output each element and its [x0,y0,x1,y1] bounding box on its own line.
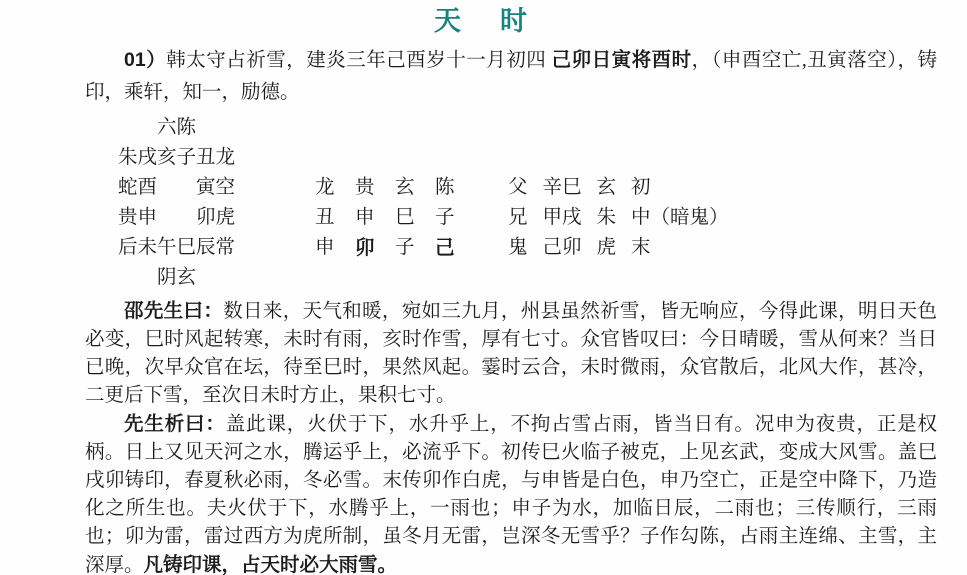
position-label: 初 [631,173,651,203]
chart-top-label: 六陈 [157,113,196,143]
speaker-lead-analysis: 先生析曰： [124,413,226,435]
lesson-cell: 玄 [395,173,435,203]
stem-branch: 甲戌 [543,203,582,233]
analysis-text: 盖此课，火伏于下，水升乎上，不拘占雪占雨，皆当日有。况申为夜贵，正是权柄。日上又… [85,414,937,575]
case-intro-text: 韩太守占祈雪，建炎三年己酉岁十一月初四 [166,50,551,71]
chart-bottom-label: 阴玄 [157,263,196,293]
relation-label: 父 [508,173,528,203]
position-label: 末 [631,233,651,263]
transmission-final-row: 鬼 己卯 虎 末 [508,233,651,263]
lesson-cell: 贵 [355,173,395,203]
document-page: 天 时 01）韩太守占祈雪，建炎三年己酉岁十一月初四 己卯日寅将酉时，（申酉空亡… [0,0,967,575]
stem-branch: 己卯 [543,233,582,263]
lesson-cell: 龙 [315,173,355,203]
lesson-cell: 子 [395,233,435,263]
heaven-plate-row: 贵申 卯虎 [118,203,315,233]
heaven-plate-row: 后未午巳辰常 [118,233,315,263]
transmission-initial-row: 父 辛巳 玄 初 [508,173,651,203]
relation-label: 兄 [508,203,528,233]
speaker-lead-shao: 邵先生曰： [124,300,223,322]
chart-top-label-row: 六陈 [157,113,937,143]
case-day-hour-bold: 己卯日寅将酉时 [552,49,692,71]
position-label: 中（暗鬼） [631,203,729,233]
stem-branch: 辛巳 [543,173,582,203]
general-label: 虎 [597,233,617,263]
transmission-middle-row: 兄 甲戌 朱 中（暗鬼） [508,203,729,233]
paragraph-case-01: 01）韩太守占祈雪，建炎三年己酉岁十一月初四 己卯日寅将酉时，（申酉空亡,丑寅落… [85,44,937,109]
lesson-cell: 申 [355,203,395,233]
chart-row-1: 蛇酉 寅空 龙 贵 玄 陈 父 辛巳 玄 初 [118,173,937,203]
four-lessons-row: 丑 申 巳 子 [315,203,508,233]
lesson-cell: 丑 [315,203,355,233]
lesson-cell: 子 [435,203,475,233]
heaven-plate-row: 蛇酉 寅空 [118,173,315,203]
page-title: 天 时 [0,6,967,36]
paragraph-shao-comment: 邵先生曰：数日来，天气和暖，宛如三九月，州县虽然祈雪，皆无响应，今得此课，明日天… [85,297,937,410]
paragraph-analysis: 先生析曰：盖此课，火伏于下，水升乎上，不拘占雪占雨，皆当日有。况申为夜贵，正是权… [85,410,937,575]
general-label: 玄 [597,173,617,203]
four-lessons-row: 申 卯 子 己 [315,233,508,263]
general-label: 朱 [597,203,617,233]
analysis-conclusion-bold: 凡铸印课，占天时必大雨雪。 [144,554,398,575]
four-lessons-row: 龙 贵 玄 陈 [315,173,508,203]
lesson-cell: 陈 [435,173,475,203]
heaven-plate-top: 朱戌亥子丑龙 [118,143,315,173]
chart-square-top-row: 朱戌亥子丑龙 [118,143,937,173]
chart-row-3: 后未午巳辰常 申 卯 子 己 鬼 己卯 虎 末 [118,233,937,263]
chart-bottom-label-row: 阴玄 [157,263,937,293]
case-number: 01） [124,49,166,71]
lesson-cell-day-branch: 卯 [355,233,395,263]
lesson-cell-day-stem: 己 [435,233,475,263]
chart-row-2: 贵申 卯虎 丑 申 巳 子 兄 甲戌 朱 中（暗鬼） [118,203,937,233]
lesson-cell: 申 [315,233,355,263]
liuren-divination-chart: 六陈 朱戌亥子丑龙 蛇酉 寅空 龙 贵 玄 陈 父 辛巳 玄 初 贵申 卯虎 丑 [85,113,937,293]
lesson-cell: 巳 [395,203,435,233]
relation-label: 鬼 [508,233,528,263]
